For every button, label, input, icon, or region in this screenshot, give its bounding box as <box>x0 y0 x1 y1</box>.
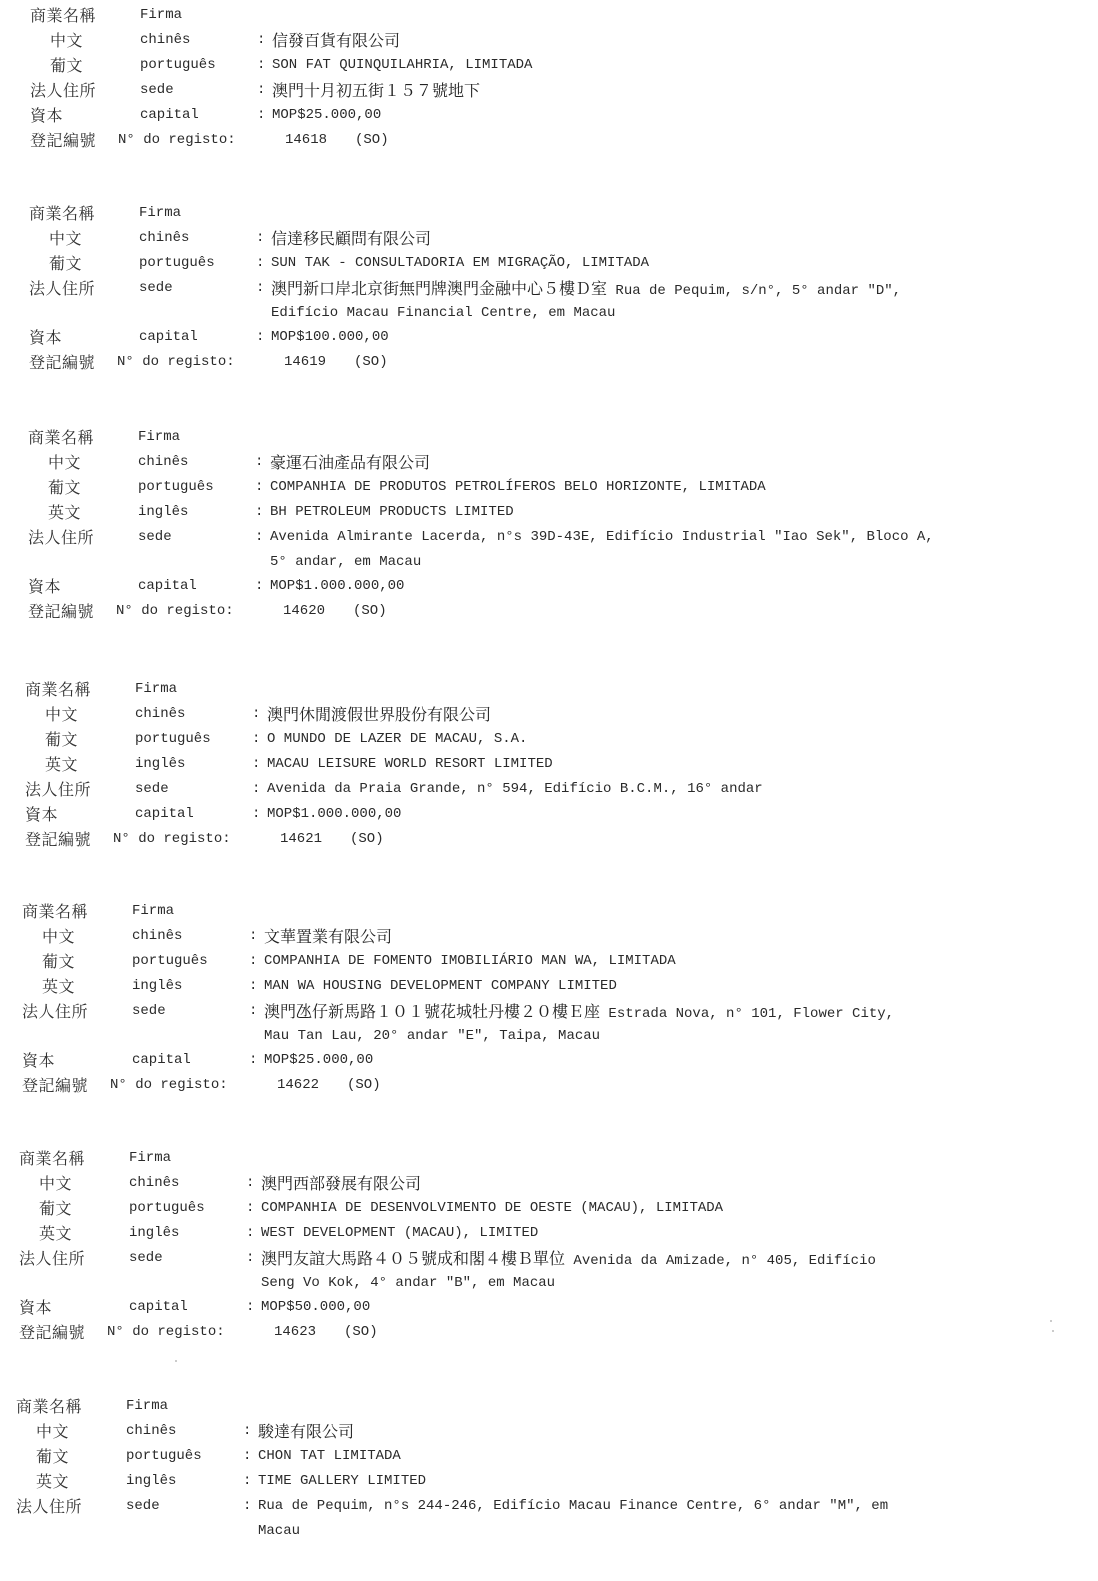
registo-source: (SO) <box>347 1073 381 1098</box>
chinese-name-value: 駿達有限公司 <box>258 1422 354 1441</box>
english-label-pt: inglês <box>126 1469 176 1494</box>
capital-row: 資本 capital : MOP$25.000,00 <box>30 103 1090 128</box>
colon: : <box>246 1196 254 1221</box>
scan-speck <box>175 1360 177 1362</box>
capital-value: MOP$25.000,00 <box>272 103 381 128</box>
firma-row: 商業名稱 Firma <box>28 425 1088 450</box>
chinese-label-zh: 中文 <box>50 28 83 53</box>
english-label-zh: 英文 <box>39 1221 72 1246</box>
firma-label-pt: Firma <box>138 425 180 450</box>
capital-label-pt: capital <box>135 802 194 827</box>
company-record: 商業名稱 Firma 中文 chinês : 澳門休閒渡假世界股份有限公司 葡文… <box>25 677 1085 852</box>
chinese-label-zh: 中文 <box>49 226 82 251</box>
sede-row: 法人住所 sede : 澳門友誼大馬路４０５號成和閣４樓Ｂ單位 Avenida … <box>19 1246 1079 1271</box>
portuguese-label-zh: 葡文 <box>49 251 82 276</box>
registo-label-zh: 登記編號 <box>30 128 96 153</box>
capital-label-zh: 資本 <box>29 325 62 350</box>
sede-continuation-row: Mau Tan Lau, 20° andar "E", Taipa, Macau <box>22 1024 1082 1048</box>
sede-value-cjk: 澳門新口岸北京街無門牌澳門金融中心５樓Ｄ室 <box>271 279 607 298</box>
firma-label-zh: 商業名稱 <box>28 425 94 450</box>
sede-label-pt: sede <box>126 1494 160 1519</box>
english-label-zh: 英文 <box>45 752 78 777</box>
chinese-label-pt: chinês <box>139 226 189 251</box>
registo-source: (SO) <box>353 599 387 624</box>
firma-label-zh: 商業名稱 <box>29 201 95 226</box>
colon: : <box>252 802 260 827</box>
portuguese-label-pt: português <box>140 53 216 78</box>
english-name-value: BH PETROLEUM PRODUCTS LIMITED <box>270 500 514 525</box>
capital-label-zh: 資本 <box>28 574 61 599</box>
sede-label-zh: 法人住所 <box>19 1246 85 1271</box>
capital-label-pt: capital <box>140 103 199 128</box>
english-name-row: 英文 inglês : MAN WA HOUSING DEVELOPMENT C… <box>22 974 1082 999</box>
english-name-row: 英文 inglês : TIME GALLERY LIMITED <box>16 1469 1076 1494</box>
sede-continuation-row: Edifício Macau Financial Centre, em Maca… <box>29 301 1089 325</box>
sede-value-line2: 5° andar, em Macau <box>270 550 421 575</box>
sede-label-zh: 法人住所 <box>28 525 94 550</box>
english-name-row: 英文 inglês : WEST DEVELOPMENT (MACAU), LI… <box>19 1221 1079 1246</box>
sede-label-pt: sede <box>132 999 166 1024</box>
capital-label-zh: 資本 <box>19 1295 52 1320</box>
sede-label-pt: sede <box>138 525 172 550</box>
chinese-label-pt: chinês <box>138 450 188 475</box>
scan-speck <box>1052 1330 1054 1332</box>
colon: : <box>246 1246 254 1271</box>
company-record: 商業名稱 Firma 中文 chinês : 駿達有限公司 葡文 portugu… <box>16 1394 1076 1543</box>
portuguese-label-pt: português <box>126 1444 202 1469</box>
registo-number: 14623 <box>274 1320 316 1345</box>
colon: : <box>256 226 264 251</box>
registo-label-zh: 登記編號 <box>28 599 94 624</box>
sede-label-pt: sede <box>139 276 173 301</box>
sede-label-zh: 法人住所 <box>16 1494 82 1519</box>
chinese-label-zh: 中文 <box>48 450 81 475</box>
colon: : <box>257 28 265 53</box>
chinese-name-value: 信發百貨有限公司 <box>272 31 400 50</box>
chinese-label-zh: 中文 <box>39 1171 72 1196</box>
colon: : <box>255 574 263 599</box>
sede-value-line1: Avenida da Praia Grande, n° 594, Edifíci… <box>267 777 763 802</box>
company-record: 商業名稱 Firma 中文 chinês : 澳門西部發展有限公司 葡文 por… <box>19 1146 1079 1345</box>
capital-label-pt: capital <box>132 1048 191 1073</box>
colon: : <box>246 1171 254 1196</box>
registo-row: 登記編號 N° do registo: 14619 (SO) <box>29 350 1089 375</box>
english-name-row: 英文 inglês : BH PETROLEUM PRODUCTS LIMITE… <box>28 500 1088 525</box>
chinese-label-pt: chinês <box>135 702 185 727</box>
firma-label-pt: Firma <box>135 677 177 702</box>
english-label-zh: 英文 <box>36 1469 69 1494</box>
portuguese-name-row: 葡文 português : SON FAT QUINQUILAHRIA, LI… <box>30 53 1090 78</box>
sede-continuation-row: Macau <box>16 1519 1076 1543</box>
registo-number: 14618 <box>285 128 327 153</box>
company-record: 商業名稱 Firma 中文 chinês : 信達移民顧問有限公司 葡文 por… <box>29 201 1089 375</box>
firma-label-pt: Firma <box>140 3 182 28</box>
capital-value: MOP$100.000,00 <box>271 325 389 350</box>
sede-value-line1: Rua de Pequim, n°s 244-246, Edifício Mac… <box>258 1494 888 1519</box>
capital-row: 資本 capital : MOP$1.000.000,00 <box>25 802 1085 827</box>
registo-label-pt: N° do registo: <box>107 1320 225 1345</box>
registo-number: 14620 <box>283 599 325 624</box>
firma-label-zh: 商業名稱 <box>16 1394 82 1419</box>
company-record: 商業名稱 Firma 中文 chinês : 信發百貨有限公司 葡文 portu… <box>30 3 1090 153</box>
portuguese-label-pt: português <box>135 727 211 752</box>
registo-source: (SO) <box>350 827 384 852</box>
portuguese-label-zh: 葡文 <box>42 949 75 974</box>
registry-page: 商業名稱 Firma 中文 chinês : 信發百貨有限公司 葡文 portu… <box>0 0 1098 1581</box>
sede-label-zh: 法人住所 <box>22 999 88 1024</box>
sede-row: 法人住所 sede : Avenida da Praia Grande, n° … <box>25 777 1085 802</box>
sede-value-line1: Avenida Almirante Lacerda, n°s 39D-43E, … <box>270 525 934 550</box>
sede-row: 法人住所 sede : 澳門十月初五街１５７號地下 <box>30 78 1090 103</box>
chinese-name-row: 中文 chinês : 信發百貨有限公司 <box>30 28 1090 53</box>
colon: : <box>246 1221 254 1246</box>
portuguese-label-pt: português <box>132 949 208 974</box>
english-label-pt: inglês <box>129 1221 179 1246</box>
portuguese-label-pt: português <box>129 1196 205 1221</box>
capital-value: MOP$1.000.000,00 <box>267 802 401 827</box>
capital-value: MOP$50.000,00 <box>261 1295 370 1320</box>
sede-value-cjk: 澳門氹仔新馬路１０１號花城牡丹樓２０樓Ｅ座 <box>264 1002 600 1021</box>
sede-value-line1: Avenida da Amizade, n° 405, Edifício <box>573 1253 875 1269</box>
portuguese-label-zh: 葡文 <box>48 475 81 500</box>
firma-row: 商業名稱 Firma <box>30 3 1090 28</box>
chinese-label-pt: chinês <box>126 1419 176 1444</box>
chinese-label-zh: 中文 <box>42 924 75 949</box>
colon: : <box>257 103 265 128</box>
sede-label-pt: sede <box>135 777 169 802</box>
chinese-label-pt: chinês <box>132 924 182 949</box>
sede-value-line1: Estrada Nova, n° 101, Flower City, <box>608 1006 894 1022</box>
chinese-label-pt: chinês <box>129 1171 179 1196</box>
english-label-zh: 英文 <box>42 974 75 999</box>
chinese-label-zh: 中文 <box>36 1419 69 1444</box>
english-name-value: WEST DEVELOPMENT (MACAU), LIMITED <box>261 1221 538 1246</box>
chinese-name-row: 中文 chinês : 信達移民顧問有限公司 <box>29 226 1089 251</box>
colon: : <box>243 1469 251 1494</box>
chinese-name-row: 中文 chinês : 駿達有限公司 <box>16 1419 1076 1444</box>
registo-row: 登記編號 N° do registo: 14621 (SO) <box>25 827 1085 852</box>
sede-value-line2: Mau Tan Lau, 20° andar "E", Taipa, Macau <box>264 1024 600 1049</box>
english-name-row: 英文 inglês : MACAU LEISURE WORLD RESORT L… <box>25 752 1085 777</box>
registo-row: 登記編號 N° do registo: 14623 (SO) <box>19 1320 1079 1345</box>
firma-label-pt: Firma <box>126 1394 168 1419</box>
chinese-name-value: 豪運石油產品有限公司 <box>270 453 430 472</box>
registo-label-pt: N° do registo: <box>113 827 231 852</box>
sede-value-cjk: 澳門友誼大馬路４０５號成和閣４樓Ｂ單位 <box>261 1249 565 1268</box>
firma-label-pt: Firma <box>129 1146 171 1171</box>
capital-label-zh: 資本 <box>22 1048 55 1073</box>
colon: : <box>243 1444 251 1469</box>
registo-source: (SO) <box>355 128 389 153</box>
sede-continuation-row: 5° andar, em Macau <box>28 550 1088 574</box>
capital-row: 資本 capital : MOP$25.000,00 <box>22 1048 1082 1073</box>
english-label-zh: 英文 <box>48 500 81 525</box>
english-label-pt: inglês <box>138 500 188 525</box>
sede-value-line2: Macau <box>258 1519 300 1544</box>
chinese-name-row: 中文 chinês : 澳門西部發展有限公司 <box>19 1171 1079 1196</box>
firma-row: 商業名稱 Firma <box>19 1146 1079 1171</box>
colon: : <box>255 450 263 475</box>
portuguese-name-value: SON FAT QUINQUILAHRIA, LIMITADA <box>272 53 532 78</box>
registo-label-pt: N° do registo: <box>116 599 234 624</box>
chinese-name-row: 中文 chinês : 文華置業有限公司 <box>22 924 1082 949</box>
english-label-pt: inglês <box>132 974 182 999</box>
colon: : <box>249 974 257 999</box>
registo-row: 登記編號 N° do registo: 14620 (SO) <box>28 599 1088 624</box>
capital-label-zh: 資本 <box>25 802 58 827</box>
registo-label-pt: N° do registo: <box>117 350 235 375</box>
registo-row: 登記編號 N° do registo: 14618 (SO) <box>30 128 1090 153</box>
registo-number: 14621 <box>280 827 322 852</box>
firma-label-zh: 商業名稱 <box>19 1146 85 1171</box>
company-record: 商業名稱 Firma 中文 chinês : 豪運石油產品有限公司 葡文 por… <box>28 425 1088 624</box>
capital-label-pt: capital <box>138 574 197 599</box>
portuguese-label-zh: 葡文 <box>50 53 83 78</box>
sede-row: 法人住所 sede : 澳門氹仔新馬路１０１號花城牡丹樓２０樓Ｅ座 Estrad… <box>22 999 1082 1024</box>
sede-label-pt: sede <box>140 78 174 103</box>
colon: : <box>252 702 260 727</box>
sede-label-zh: 法人住所 <box>29 276 95 301</box>
colon: : <box>255 475 263 500</box>
portuguese-name-row: 葡文 português : O MUNDO DE LAZER DE MACAU… <box>25 727 1085 752</box>
colon: : <box>249 924 257 949</box>
english-label-pt: inglês <box>135 752 185 777</box>
portuguese-label-zh: 葡文 <box>45 727 78 752</box>
portuguese-name-row: 葡文 português : COMPANHIA DE PRODUTOS PET… <box>28 475 1088 500</box>
english-name-value: MACAU LEISURE WORLD RESORT LIMITED <box>267 752 553 777</box>
colon: : <box>255 525 263 550</box>
capital-label-pt: capital <box>139 325 198 350</box>
chinese-label-pt: chinês <box>140 28 190 53</box>
portuguese-name-value: COMPANHIA DE DESENVOLVIMENTO DE OESTE (M… <box>261 1196 723 1221</box>
firma-label-pt: Firma <box>132 899 174 924</box>
portuguese-name-value: COMPANHIA DE PRODUTOS PETROLÍFEROS BELO … <box>270 475 766 500</box>
registo-number: 14622 <box>277 1073 319 1098</box>
chinese-name-row: 中文 chinês : 澳門休閒渡假世界股份有限公司 <box>25 702 1085 727</box>
sede-continuation-row: Seng Vo Kok, 4° andar "B", em Macau <box>19 1271 1079 1295</box>
registo-number: 14619 <box>284 350 326 375</box>
english-name-value: TIME GALLERY LIMITED <box>258 1469 426 1494</box>
colon: : <box>257 53 265 78</box>
registo-label-zh: 登記編號 <box>19 1320 85 1345</box>
sede-value-line2: Edifício Macau Financial Centre, em Maca… <box>271 301 615 326</box>
portuguese-name-value: SUN TAK - CONSULTADORIA EM MIGRAÇÃO, LIM… <box>271 251 649 276</box>
capital-label-pt: capital <box>129 1295 188 1320</box>
capital-row: 資本 capital : MOP$100.000,00 <box>29 325 1089 350</box>
sede-label-pt: sede <box>129 1246 163 1271</box>
firma-row: 商業名稱 Firma <box>29 201 1089 226</box>
chinese-name-value: 文華置業有限公司 <box>264 927 392 946</box>
capital-value: MOP$1.000.000,00 <box>270 574 404 599</box>
firma-label-zh: 商業名稱 <box>25 677 91 702</box>
chinese-name-value: 信達移民顧問有限公司 <box>271 229 431 248</box>
registo-label-zh: 登記編號 <box>29 350 95 375</box>
capital-row: 資本 capital : MOP$1.000.000,00 <box>28 574 1088 599</box>
colon: : <box>243 1419 251 1444</box>
portuguese-name-row: 葡文 português : COMPANHIA DE FOMENTO IMOB… <box>22 949 1082 974</box>
chinese-label-zh: 中文 <box>45 702 78 727</box>
colon: : <box>256 276 264 301</box>
chinese-name-value: 澳門西部發展有限公司 <box>261 1174 421 1193</box>
sede-value-line1: Rua de Pequim, s/n°, 5° andar "D", <box>615 283 901 299</box>
colon: : <box>257 78 265 103</box>
sede-row: 法人住所 sede : 澳門新口岸北京街無門牌澳門金融中心５樓Ｄ室 Rua de… <box>29 276 1089 301</box>
chinese-name-value: 澳門休閒渡假世界股份有限公司 <box>267 705 491 724</box>
colon: : <box>249 999 257 1024</box>
portuguese-name-row: 葡文 português : CHON TAT LIMITADA <box>16 1444 1076 1469</box>
sede-label-zh: 法人住所 <box>30 78 96 103</box>
registo-source: (SO) <box>344 1320 378 1345</box>
portuguese-name-value: CHON TAT LIMITADA <box>258 1444 401 1469</box>
colon: : <box>243 1494 251 1519</box>
colon: : <box>246 1295 254 1320</box>
colon: : <box>256 251 264 276</box>
sede-row: 法人住所 sede : Rua de Pequim, n°s 244-246, … <box>16 1494 1076 1519</box>
company-record: 商業名稱 Firma 中文 chinês : 文華置業有限公司 葡文 portu… <box>22 899 1082 1098</box>
portuguese-name-row: 葡文 português : SUN TAK - CONSULTADORIA E… <box>29 251 1089 276</box>
sede-row: 法人住所 sede : Avenida Almirante Lacerda, n… <box>28 525 1088 550</box>
colon: : <box>252 752 260 777</box>
registo-row: 登記編號 N° do registo: 14622 (SO) <box>22 1073 1082 1098</box>
registo-label-pt: N° do registo: <box>110 1073 228 1098</box>
registo-label-zh: 登記編號 <box>25 827 91 852</box>
colon: : <box>252 727 260 752</box>
firma-row: 商業名稱 Firma <box>16 1394 1076 1419</box>
portuguese-label-zh: 葡文 <box>36 1444 69 1469</box>
sede-value-cjk: 澳門十月初五街１５７號地下 <box>272 81 480 100</box>
colon: : <box>249 949 257 974</box>
firma-label-zh: 商業名稱 <box>30 3 96 28</box>
scan-speck <box>1050 1320 1052 1322</box>
chinese-name-row: 中文 chinês : 豪運石油產品有限公司 <box>28 450 1088 475</box>
registo-label-zh: 登記編號 <box>22 1073 88 1098</box>
portuguese-name-value: O MUNDO DE LAZER DE MACAU, S.A. <box>267 727 527 752</box>
colon: : <box>252 777 260 802</box>
portuguese-name-value: COMPANHIA DE FOMENTO IMOBILIÁRIO MAN WA,… <box>264 949 676 974</box>
registo-label-pt: N° do registo: <box>118 128 236 153</box>
english-name-value: MAN WA HOUSING DEVELOPMENT COMPANY LIMIT… <box>264 974 617 999</box>
sede-label-zh: 法人住所 <box>25 777 91 802</box>
portuguese-label-pt: português <box>138 475 214 500</box>
sede-value-line2: Seng Vo Kok, 4° andar "B", em Macau <box>261 1271 555 1296</box>
colon: : <box>249 1048 257 1073</box>
firma-label-zh: 商業名稱 <box>22 899 88 924</box>
portuguese-label-zh: 葡文 <box>39 1196 72 1221</box>
capital-value: MOP$25.000,00 <box>264 1048 373 1073</box>
portuguese-name-row: 葡文 português : COMPANHIA DE DESENVOLVIME… <box>19 1196 1079 1221</box>
firma-row: 商業名稱 Firma <box>22 899 1082 924</box>
portuguese-label-pt: português <box>139 251 215 276</box>
registo-source: (SO) <box>354 350 388 375</box>
firma-label-pt: Firma <box>139 201 181 226</box>
firma-row: 商業名稱 Firma <box>25 677 1085 702</box>
colon: : <box>255 500 263 525</box>
capital-row: 資本 capital : MOP$50.000,00 <box>19 1295 1079 1320</box>
capital-label-zh: 資本 <box>30 103 63 128</box>
colon: : <box>256 325 264 350</box>
